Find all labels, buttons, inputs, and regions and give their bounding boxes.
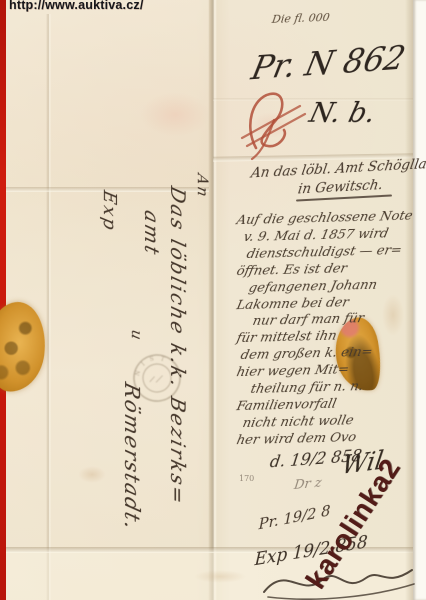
address-line-amt: amt xyxy=(140,208,164,259)
address-line-an: An xyxy=(194,172,212,200)
received-note: Pr. 19/2 8 xyxy=(259,501,331,533)
letter-body: Auf die geschlossene Note v. 9. Mai d. 1… xyxy=(237,211,419,448)
nota-bene: N. b. xyxy=(306,98,379,129)
red-ink-paraph xyxy=(226,86,318,164)
fold-crease-vertical-center xyxy=(208,0,217,600)
auction-site-url-watermark: http://www.auktiva.cz/ xyxy=(9,0,144,12)
scan-edge-strip xyxy=(0,0,6,600)
address-line-town: Römerstadt. xyxy=(120,380,144,534)
scanned-letter-photo: http://www.auktiva.cz/ N I S T An Das lö… xyxy=(0,0,426,600)
pencil-note: Dr z xyxy=(293,476,322,494)
salutation-line-2: in Gewitsch. xyxy=(297,177,384,198)
pencil-number: 170 xyxy=(239,474,254,483)
fee-note: Die fl. 000 xyxy=(271,11,330,26)
docket-number: Pr. N 862 xyxy=(248,38,409,87)
address-line-office: Das löbliche k.k. Bezirks= xyxy=(166,184,190,508)
address-line-exp: Exp xyxy=(99,189,120,234)
